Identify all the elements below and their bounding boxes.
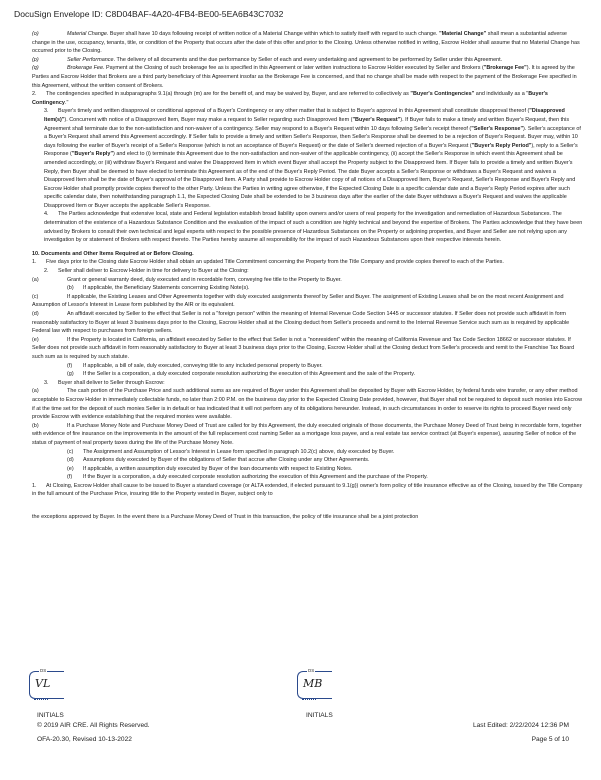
defined-term: "Seller's Response" xyxy=(471,126,523,132)
section-10-heading: 10. Documents and Other Items Required a… xyxy=(32,250,584,259)
docusign-envelope-id: DocuSign Envelope ID: C8D04BAF-4A20-4FB4… xyxy=(14,9,283,19)
paragraph-title: Brokerage Fee xyxy=(67,65,103,71)
docusign-tag: DS xyxy=(39,668,47,673)
section-10-2c: (c)If applicable, the Existing Leases an… xyxy=(32,293,584,310)
defined-term: "Buyer's Reply Period" xyxy=(472,143,532,149)
section-9-4: 4.The Parties acknowledge that extensive… xyxy=(32,210,584,244)
section-10-2: 2.Seller shall deliver to Escrow Holder … xyxy=(32,267,584,276)
document-page: (o)Material Change. Buyer shall have 10 … xyxy=(32,30,584,522)
section-10-2g: (g)If the Seller is a corporation, a dul… xyxy=(32,370,584,379)
initials-signature: VL xyxy=(35,677,50,690)
initials-signature: MB xyxy=(303,677,322,690)
last-edited: Last Edited: 2/22/2024 12:36 PM xyxy=(473,722,569,729)
initials-underline xyxy=(34,697,48,700)
section-10-2e: (e)If the Property is located in Califor… xyxy=(32,336,584,362)
defined-term: "Buyer's Reply" xyxy=(72,151,113,157)
initials-underline xyxy=(302,697,316,700)
copyright-notice: © 2019 AIR CRE. All Rights Reserved. xyxy=(37,722,150,729)
section-10-2a: (a)Grant or general warranty deed, duly … xyxy=(32,276,584,285)
section-10-2b: (b)If applicable, the Beneficiary Statem… xyxy=(32,284,584,293)
defined-term: "Material Change" xyxy=(439,31,486,37)
section-10-3f: (f)If the Buyer is a corporation, a duly… xyxy=(32,473,584,482)
page-number: Page 5 of 10 xyxy=(532,736,569,743)
section-9-3: 3.Buyer's timely and written disapproval… xyxy=(32,107,584,210)
section-10-3e: (e)If applicable, a written assumption d… xyxy=(32,465,584,474)
section-10-3d: (d)Assumptions duly executed by Buyer of… xyxy=(32,456,584,465)
docusign-tag: DS xyxy=(307,668,315,673)
section-10-3b: (b)If a Purchase Money Note and Purchase… xyxy=(32,422,584,448)
paragraph-title: Seller Performance xyxy=(67,57,114,63)
initials-label-buyer: INITIALS xyxy=(37,712,64,719)
section-10-3c: (c)The Assignment and Assumption of Less… xyxy=(32,448,584,457)
form-revision: OFA-20.30, Revised 10-13-2022 xyxy=(37,736,132,743)
envelope-id: C8D04BAF-4A20-4FB4-BE00-5EA6B43C7032 xyxy=(105,9,283,19)
section-10-2d: (d)An affidavit executed by Seller to th… xyxy=(32,310,584,336)
section-10-2f: (f)If applicable, a bill of sale, duly e… xyxy=(32,362,584,371)
envelope-label: DocuSign Envelope ID: xyxy=(14,9,103,19)
paragraph-p: (p)Seller Performance. The delivery of a… xyxy=(32,56,584,65)
defined-term: "Buyer's Contingencies" xyxy=(410,91,474,97)
initials-box-buyer[interactable]: DS VL xyxy=(29,671,64,699)
initials-label-seller: INITIALS xyxy=(306,712,333,719)
defined-term: "Buyer's Request" xyxy=(352,117,400,123)
paragraph-title: Material Change xyxy=(67,31,107,37)
paragraph-o: (o)Material Change. Buyer shall have 10 … xyxy=(32,30,584,56)
defined-term: "Brokerage Fee" xyxy=(484,65,527,71)
section-9-2: 2.The contingencies specified in subpara… xyxy=(32,90,584,107)
section-10-3: 3.Buyer shall deliver to Seller through … xyxy=(32,379,584,388)
paragraph-q: (q)Brokerage Fee. Payment at the Closing… xyxy=(32,64,584,90)
initials-box-seller[interactable]: DS MB xyxy=(297,671,332,699)
section-10-3a: (a)The cash portion of the Purchase Pric… xyxy=(32,387,584,421)
section-10-1: 1.Five days prior to the Closing date Es… xyxy=(32,258,584,267)
section-10-4-continued: the exceptions approved by Buyer. In the… xyxy=(32,513,584,522)
section-10-4: 1.At Closing, Escrow Holder shall cause … xyxy=(32,482,584,499)
